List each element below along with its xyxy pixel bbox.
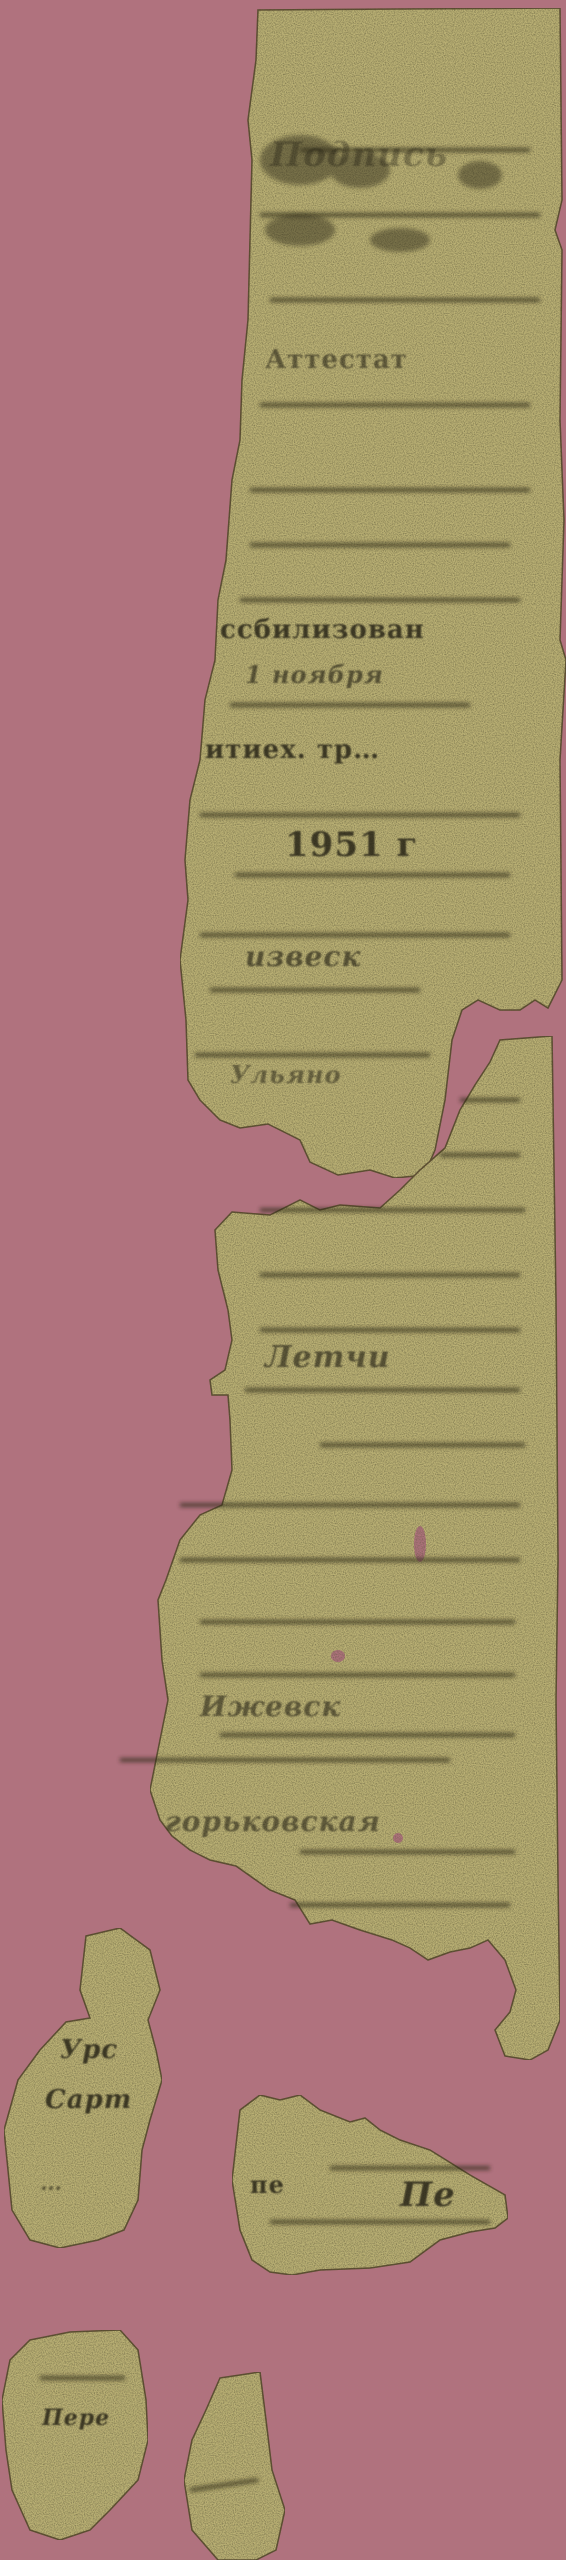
line-tekh: итиех. тр… bbox=[205, 735, 380, 765]
line-izhevsk: Ижевск bbox=[200, 1690, 341, 1723]
fragment-center-bottom bbox=[184, 2372, 285, 2560]
fragment-right-lower-line-2: Пе bbox=[400, 2175, 456, 2215]
fragment-left-upper-line-1: Урс bbox=[60, 2035, 118, 2065]
line-year: 1951 г bbox=[285, 825, 418, 865]
fragment-left-bottom-line-1: Пере bbox=[42, 2405, 110, 2431]
line-city: извеск bbox=[245, 940, 361, 973]
line-date: 1 ноября bbox=[245, 660, 384, 689]
fragment-left-upper-line-2: Сарт bbox=[45, 2085, 132, 2115]
line-attestat: Аттестат bbox=[265, 345, 408, 375]
line-letchik: Летчи bbox=[265, 1340, 391, 1375]
fragment-left-upper-line-3: … bbox=[40, 2170, 63, 2196]
line-ulyano: Ульяно bbox=[230, 1060, 341, 1089]
fragment-left-bottom bbox=[2, 2330, 148, 2540]
line-demobilized: ссбилизован bbox=[220, 615, 425, 645]
line-podpis: Подпись bbox=[270, 135, 448, 175]
fragment-right-lower-line-1: пе bbox=[250, 2170, 285, 2199]
line-gorkovskaya: горьковская bbox=[165, 1805, 381, 1838]
